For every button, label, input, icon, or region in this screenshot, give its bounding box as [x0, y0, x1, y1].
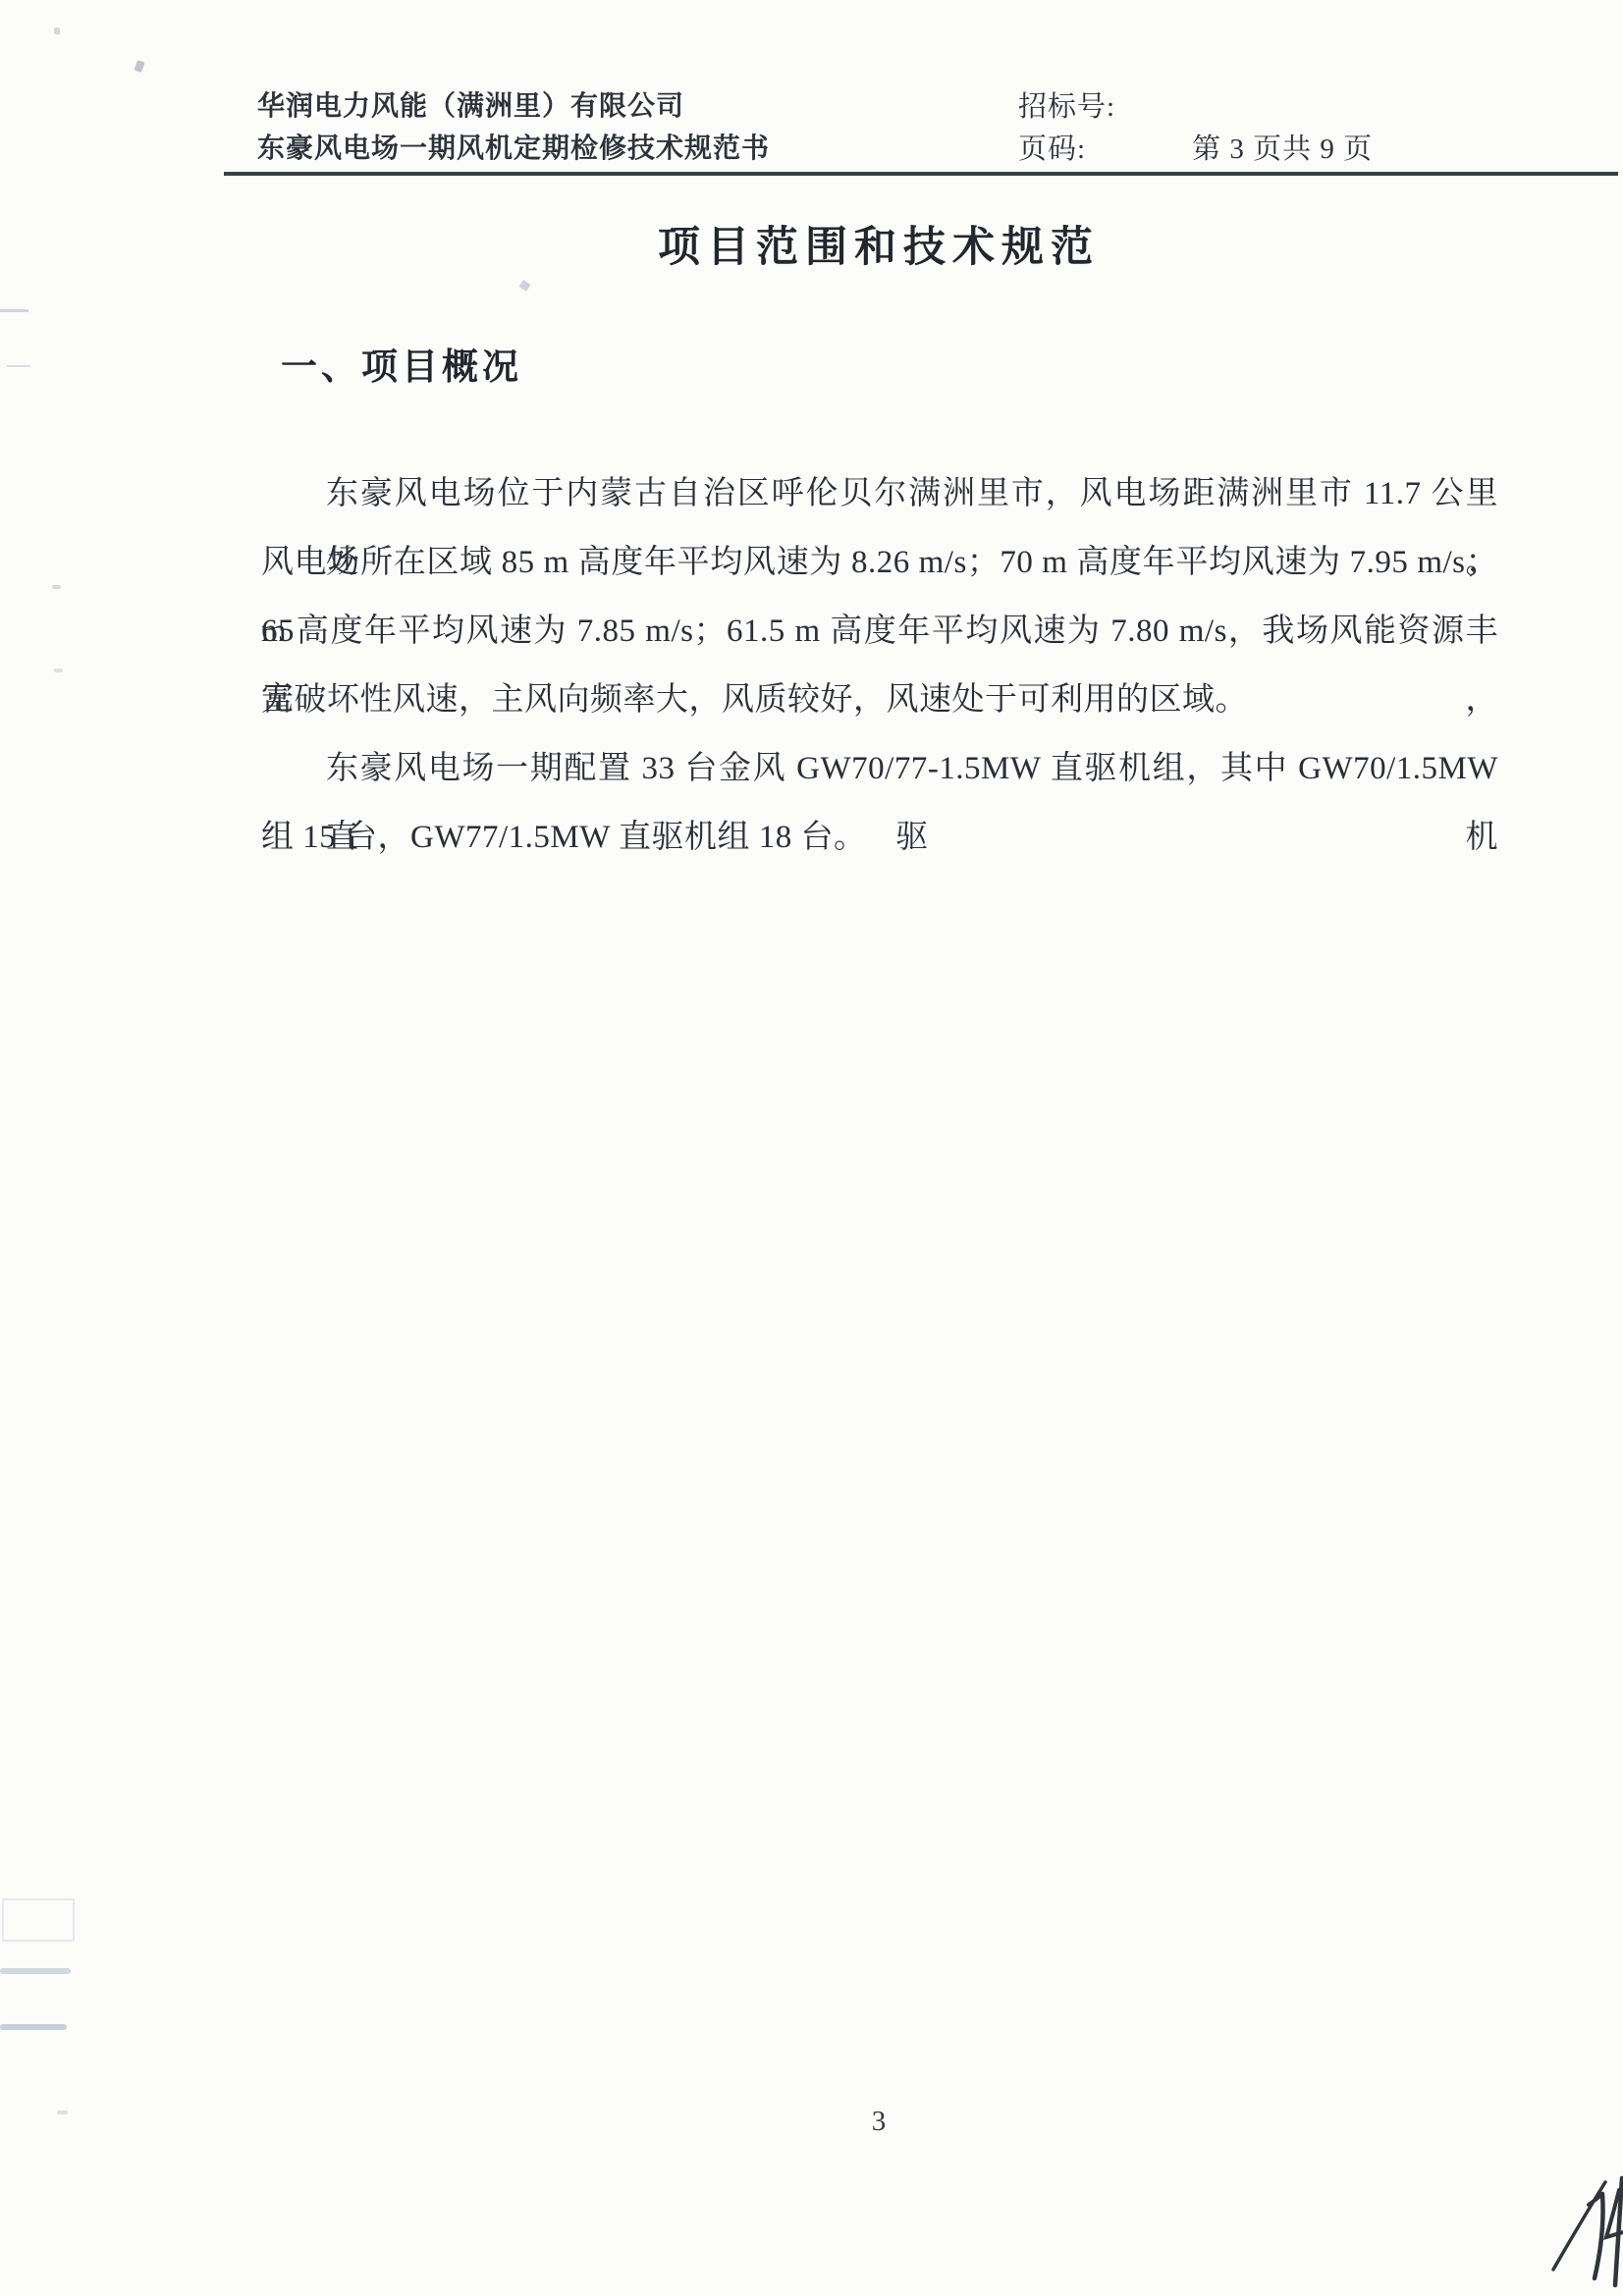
page-title: 项目范围和技术规范	[260, 214, 1497, 274]
body-line-p1-l3: m 高度年平均风速为 7.85 m/s；61.5 m 高度年平均风速为 7.80…	[261, 597, 1498, 666]
footer-page-number: 3	[260, 2106, 1497, 2138]
body-text: 东豪风电场位于内蒙古自治区呼伦贝尔满洲里市，风电场距满洲里市 11.7 公里处。…	[261, 459, 1498, 872]
scan-artifact	[0, 2024, 67, 2030]
page-number-value: 第 3 页共 9 页	[1192, 129, 1373, 171]
company-name: 华润电力风能（满洲里）有限公司	[257, 84, 770, 127]
scan-artifact	[52, 585, 61, 589]
header-divider	[224, 172, 1618, 176]
page-number-row: 页码:第 3 页共 9 页	[1018, 129, 1373, 171]
header-right-block: 招标号: 页码:第 3 页共 9 页	[1018, 86, 1373, 171]
body-line-p1-l2: 风电场所在区域 85 m 高度年平均风速为 8.26 m/s；70 m 高度年平…	[261, 528, 1498, 597]
section-heading: 一、项目概况	[281, 337, 522, 390]
handwritten-mark-14	[1543, 2171, 1623, 2296]
body-line-p2-l1: 东豪风电场一期配置 33 台金风 GW70/77-1.5MW 直驱机组，其中 G…	[261, 734, 1498, 803]
scan-artifact	[0, 1968, 71, 1974]
page-number-label: 页码:	[1018, 133, 1086, 165]
scan-artifact	[519, 280, 531, 292]
scan-artifact	[57, 2110, 68, 2114]
scan-artifact	[54, 27, 60, 34]
scan-artifact	[7, 365, 30, 367]
bid-number-row: 招标号:	[1018, 86, 1373, 129]
scan-artifact	[54, 668, 63, 672]
bid-number-label: 招标号:	[1018, 91, 1115, 123]
document-title-header: 东豪风电场一期风机定期检修技术规范书	[257, 127, 770, 169]
scan-artifact	[134, 60, 144, 73]
body-line-p1-l1: 东豪风电场位于内蒙古自治区呼伦贝尔满洲里市，风电场距满洲里市 11.7 公里处。	[261, 459, 1498, 528]
scan-artifact	[2, 1898, 75, 1942]
scanned-document-page: 华润电力风能（满洲里）有限公司 东豪风电场一期风机定期检修技术规范书 招标号: …	[0, 0, 1623, 2296]
scan-artifact	[0, 309, 28, 312]
header-left-block: 华润电力风能（满洲里）有限公司 东豪风电场一期风机定期检修技术规范书	[257, 84, 770, 169]
